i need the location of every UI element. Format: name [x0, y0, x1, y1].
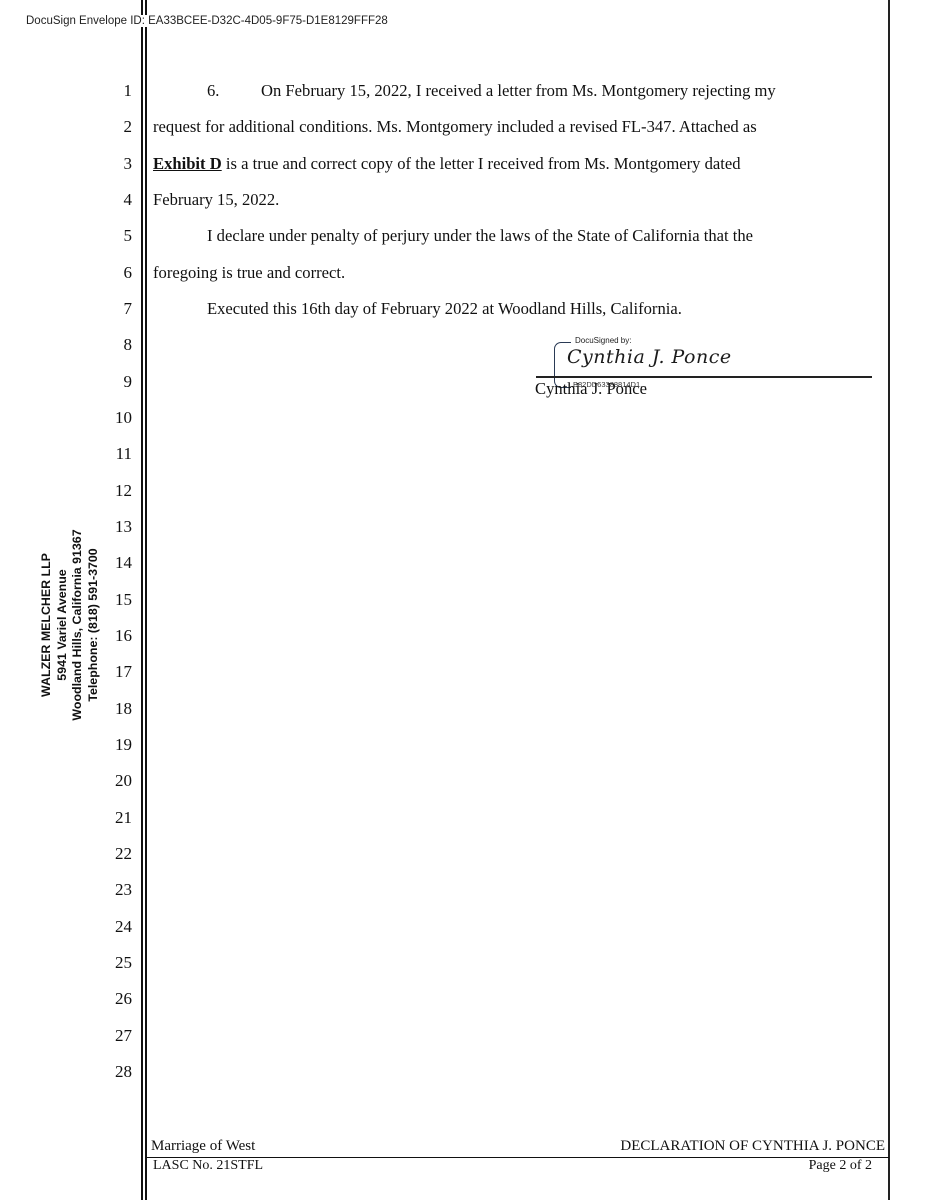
- line-number: 1: [92, 81, 132, 101]
- line-number: 25: [92, 953, 132, 973]
- line-number: 21: [92, 808, 132, 828]
- body-line-7: Executed this 16th day of February 2022 …: [207, 299, 682, 319]
- body-line-1: On February 15, 2022, I received a lette…: [261, 81, 776, 101]
- line-number: 26: [92, 989, 132, 1009]
- left-margin-rule-inner: [145, 0, 147, 1200]
- body-line-3: Exhibit D is a true and correct copy of …: [153, 154, 741, 174]
- line-number: 9: [92, 372, 132, 392]
- law-firm-block: WALZER MELCHER LLP 5941 Variel Avenue Wo…: [30, 510, 110, 740]
- line-number: 24: [92, 917, 132, 937]
- line-number: 10: [92, 408, 132, 428]
- body-line-6: foregoing is true and correct.: [153, 263, 345, 283]
- line-number: 12: [92, 481, 132, 501]
- line-number: 2: [92, 117, 132, 137]
- line-number: 7: [92, 299, 132, 319]
- firm-phone: Telephone: (818) 591-3700: [86, 529, 102, 720]
- line-number: 5: [92, 226, 132, 246]
- paragraph-number: 6.: [207, 81, 219, 101]
- line-number: 3: [92, 154, 132, 174]
- footer-case-number: LASC No. 21STFL: [153, 1158, 263, 1174]
- line-number: 8: [92, 335, 132, 355]
- line-number: 28: [92, 1062, 132, 1082]
- exhibit-d-reference: Exhibit D: [153, 154, 222, 173]
- line-number: 11: [92, 444, 132, 464]
- firm-name: WALZER MELCHER LLP: [39, 529, 55, 720]
- docusign-envelope-id: DocuSign Envelope ID: EA33BCEE-D32C-4D05…: [26, 15, 390, 27]
- firm-city: Woodland Hills, California 91367: [70, 529, 86, 720]
- line-number: 6: [92, 263, 132, 283]
- line-number: 4: [92, 190, 132, 210]
- handwritten-signature: Cynthia J. Ponce: [567, 346, 732, 368]
- line-number: 22: [92, 844, 132, 864]
- footer-document-title: DECLARATION OF CYNTHIA J. PONCE: [620, 1138, 885, 1155]
- signature-hash: B82DD63388814D1...: [573, 380, 646, 389]
- body-line-5: I declare under penalty of perjury under…: [207, 226, 753, 246]
- docusigned-by-label: DocuSigned by:: [574, 336, 632, 345]
- footer-case-name: Marriage of West: [151, 1138, 255, 1155]
- right-margin-rule: [888, 0, 890, 1200]
- line-number: 23: [92, 880, 132, 900]
- body-line-4: February 15, 2022.: [153, 190, 279, 210]
- firm-street: 5941 Variel Avenue: [55, 529, 71, 720]
- body-line-2: request for additional conditions. Ms. M…: [153, 117, 757, 137]
- line-number: 20: [92, 771, 132, 791]
- signature-line: [536, 376, 872, 378]
- signature-block: DocuSigned by: Cynthia J. Ponce Cynthia …: [530, 336, 872, 402]
- footer-page-number: Page 2 of 2: [809, 1158, 872, 1174]
- left-margin-rule-outer: [141, 0, 143, 1200]
- line-number: 27: [92, 1026, 132, 1046]
